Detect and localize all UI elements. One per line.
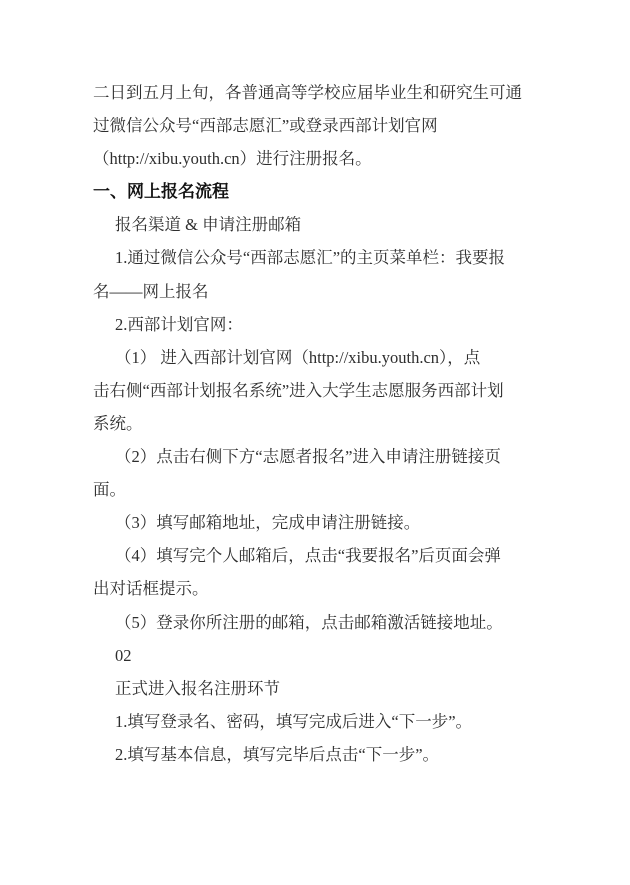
- section-heading: 一、网上报名流程: [93, 175, 590, 208]
- step-title: 正式进入报名注册环节: [93, 672, 590, 705]
- text-line: （5）登录你所注册的邮箱，点击邮箱激活链接地址。: [93, 606, 590, 639]
- text-line: 面。: [93, 473, 590, 506]
- text-line: 名——网上报名: [93, 275, 590, 308]
- text-line: （2）点击右侧下方“志愿者报名”进入申请注册链接页: [93, 440, 590, 473]
- text-line: 1.填写登录名、密码，填写完成后进入“下一步”。: [93, 705, 590, 738]
- text-line: 击右侧“西部计划报名系统”进入大学生志愿服务西部计划: [93, 374, 590, 407]
- text-line: （3）填写邮箱地址，完成申请注册链接。: [93, 506, 590, 539]
- text-line: 系统。: [93, 407, 590, 440]
- text-line: 过微信公众号“西部志愿汇”或登录西部计划官网: [93, 109, 590, 142]
- text-line: 2.西部计划官网：: [93, 308, 590, 341]
- text-line-url: （1） 进入西部计划官网（http://xibu.youth.cn），点: [93, 341, 590, 374]
- text-line: 出对话框提示。: [93, 572, 590, 605]
- text-line: 1.通过微信公众号“西部志愿汇”的主页菜单栏：我要报: [93, 241, 590, 274]
- document-page: 二日到五月上旬，各普通高等学校应届毕业生和研究生可通 过微信公众号“西部志愿汇”…: [0, 0, 630, 885]
- step-number: 02: [93, 639, 590, 672]
- text-line: 报名渠道 & 申请注册邮箱: [93, 208, 590, 241]
- text-line: （4）填写完个人邮箱后，点击“我要报名”后页面会弹: [93, 539, 590, 572]
- text-line: 2.填写基本信息，填写完毕后点击“下一步”。: [93, 738, 590, 771]
- text-line-url: （http://xibu.youth.cn）进行注册报名。: [93, 142, 590, 175]
- text-line: 二日到五月上旬，各普通高等学校应届毕业生和研究生可通: [93, 76, 590, 109]
